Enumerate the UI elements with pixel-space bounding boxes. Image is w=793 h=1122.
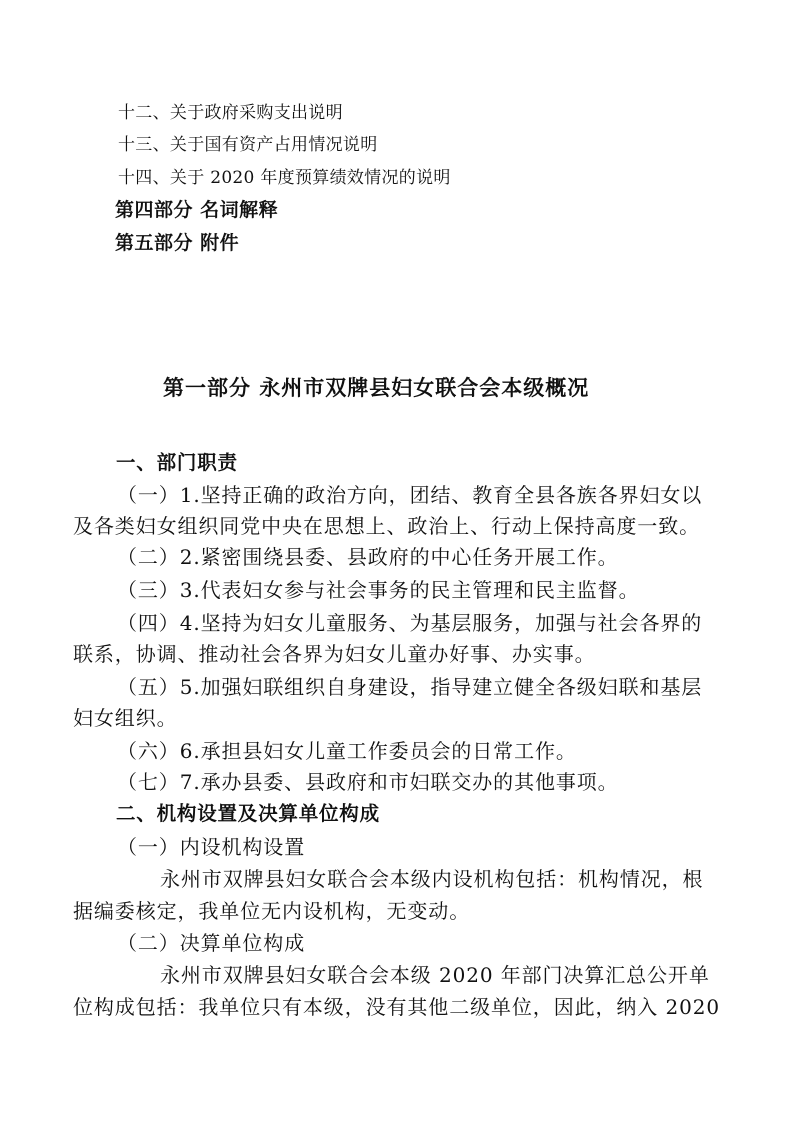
- page-title: 第一部分 永州市双牌县妇女联合会本级概况: [163, 376, 589, 400]
- org-line: 永州市双牌县妇女联合会本级内设机构包括：机构情况，根: [160, 867, 703, 891]
- org-line: 据编委核定，我单位无内设机构，无变动。: [73, 899, 470, 923]
- org-subheading-internal: （一）内设机构设置: [117, 835, 305, 859]
- toc-item-13: 十三、关于国有资产占用情况说明: [118, 133, 378, 157]
- duty-line: （七）7.承办县委、县政府和市妇联交办的其他事项。: [117, 770, 619, 794]
- toc-item-14: 十四、关于 2020 年度预算绩效情况的说明: [118, 166, 451, 190]
- duty-line: （三）3.代表妇女参与社会事务的民主管理和民主监督。: [117, 578, 639, 602]
- section-heading-duties: 一、部门职责: [116, 451, 238, 475]
- duty-line: 妇女组织。: [73, 706, 178, 730]
- duty-line: （四）4.坚持为妇女儿童服务、为基层服务，加强与社会各界的: [117, 611, 702, 635]
- section-heading-organization: 二、机构设置及决算单位构成: [116, 802, 380, 826]
- org-line: 位构成包括：我单位只有本级，没有其他二级单位，因此，纳入 2020: [73, 995, 720, 1019]
- toc-part-5: 第五部分 附件: [115, 231, 239, 255]
- duty-line: 联系，协调、推动社会各界为妇女儿童办好事、办实事。: [73, 642, 596, 666]
- toc-item-12: 十二、关于政府采购支出说明: [118, 101, 343, 125]
- toc-part-4: 第四部分 名词解释: [115, 198, 278, 222]
- duty-line: （一）1.坚持正确的政治方向，团结、教育全县各族各界妇女以: [117, 483, 702, 507]
- org-line: 永州市双牌县妇女联合会本级 2020 年部门决算汇总公开单: [160, 963, 710, 987]
- duty-line: （五）5.加强妇联组织自身建设，指导建立健全各级妇联和基层: [117, 675, 702, 699]
- duty-line: （六）6.承担县妇女儿童工作委员会的日常工作。: [117, 739, 577, 763]
- duty-line: （二）2.紧密围绕县委、县政府的中心任务开展工作。: [117, 545, 619, 569]
- org-subheading-units: （二）决算单位构成: [117, 931, 305, 955]
- duty-line: 及各类妇女组织同党中央在思想上、政治上、行动上保持高度一致。: [73, 514, 700, 538]
